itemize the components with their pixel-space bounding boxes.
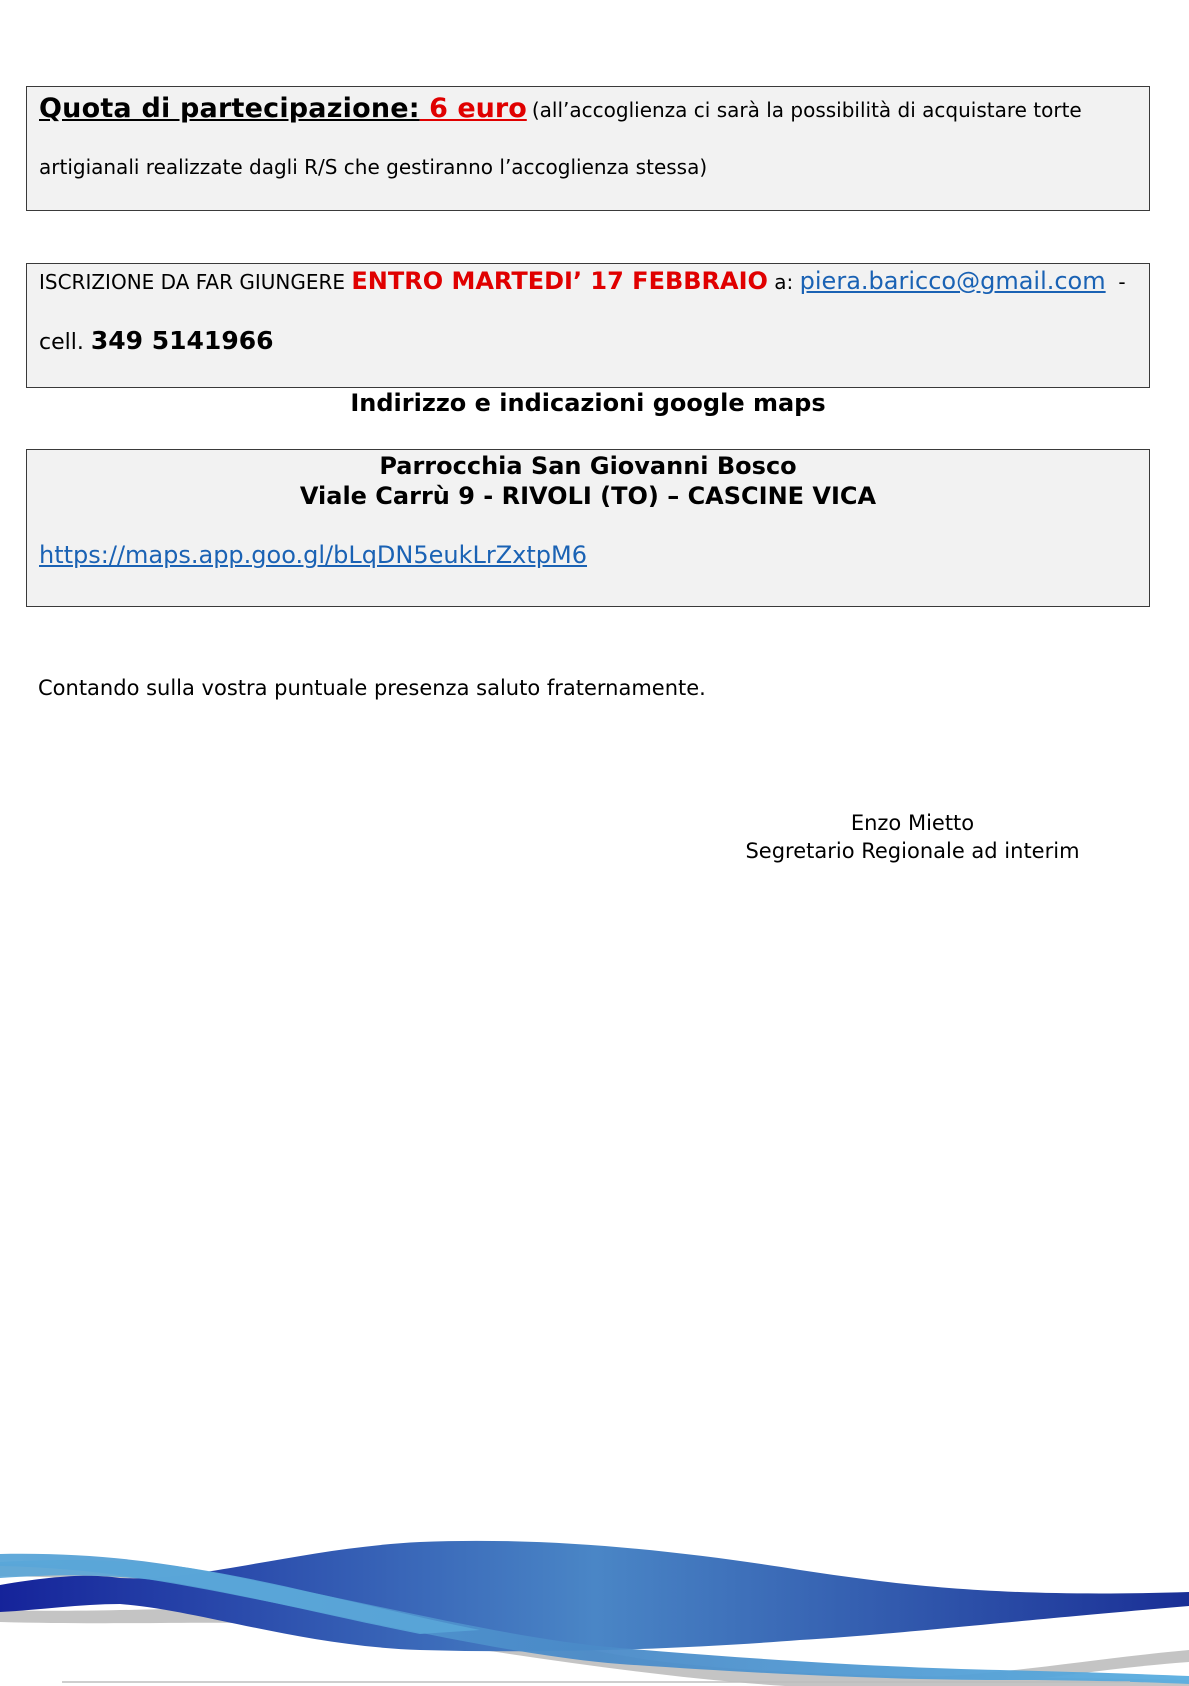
- registration-deadline: ENTRO MARTEDI’ 17 FEBBRAIO: [351, 267, 768, 295]
- quota-note-line1: (all’accoglienza ci sarà la possibilità …: [532, 98, 1082, 122]
- quota-price: 6 euro: [420, 93, 527, 124]
- registration-dash: -: [1106, 270, 1126, 294]
- closing-text: Contando sulla vostra puntuale presenza …: [38, 676, 706, 700]
- signature-name: Enzo Mietto: [700, 809, 1125, 837]
- signature-role: Segretario Regionale ad interim: [700, 837, 1125, 865]
- registration-box: ISCRIZIONE DA FAR GIUNGERE ENTRO MARTEDI…: [26, 263, 1150, 388]
- cell-label: cell.: [39, 330, 91, 355]
- address-box: Parrocchia San Giovanni Bosco Viale Carr…: [26, 449, 1150, 607]
- maps-link[interactable]: https://maps.app.goo.gl/bLqDN5eukLrZxtpM…: [39, 541, 587, 569]
- quota-box: Quota di partecipazione: 6 euro (all’acc…: [26, 86, 1150, 211]
- parish-name: Parrocchia San Giovanni Bosco: [27, 452, 1149, 480]
- registration-prefix: ISCRIZIONE DA FAR GIUNGERE: [39, 270, 351, 294]
- email-link[interactable]: piera.baricco@gmail.com: [800, 267, 1106, 295]
- quota-line: Quota di partecipazione: 6 euro (all’acc…: [39, 93, 1082, 124]
- quota-title: Quota di partecipazione:: [39, 93, 420, 124]
- registration-line: ISCRIZIONE DA FAR GIUNGERE ENTRO MARTEDI…: [39, 267, 1126, 295]
- cell-number: 349 5141966: [91, 326, 274, 355]
- address-heading: Indirizzo e indicazioni google maps: [26, 389, 1150, 417]
- cell-line: cell. 349 5141966: [39, 326, 274, 355]
- street-address: Viale Carrù 9 - RIVOLI (TO) – CASCINE VI…: [27, 482, 1149, 510]
- quota-note-line2: artigianali realizzate dagli R/S che ges…: [39, 155, 707, 179]
- registration-to-label: a:: [768, 270, 800, 294]
- footer-wave-decoration: [0, 1530, 1189, 1686]
